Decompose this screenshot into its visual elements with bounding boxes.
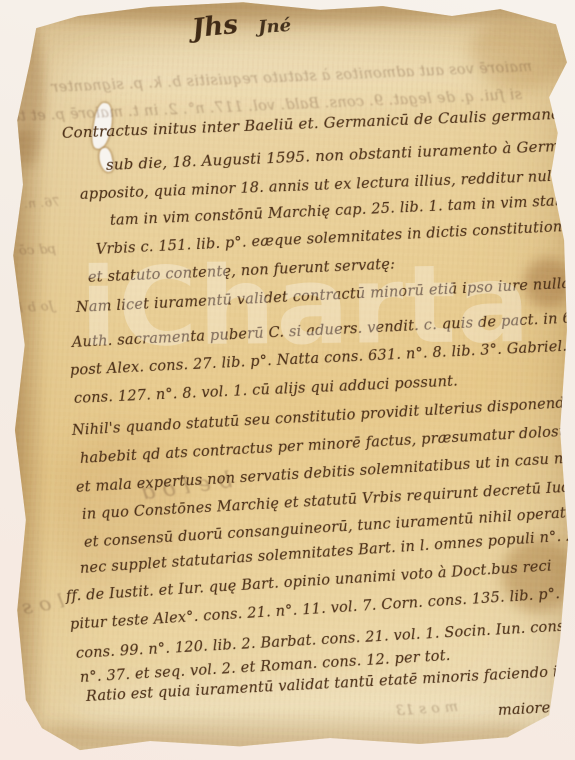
catchword: maiorem [498, 701, 565, 719]
bleedthrough-line: pd cō [18, 243, 56, 258]
bleedthrough-line: Jo b l [18, 300, 54, 315]
header-monogram: Jhs [191, 10, 240, 45]
manuscript-page: maiorē vos aut admonitos à statuto requi… [0, 0, 575, 760]
bleedthrough-line: 76. n. 11. [0, 196, 60, 211]
bleedthrough-line: m o s 13 [395, 700, 458, 718]
header-inscription: Jné [257, 15, 291, 38]
photograph-background: maiorē vos aut admonitos à statuto requi… [0, 0, 575, 760]
